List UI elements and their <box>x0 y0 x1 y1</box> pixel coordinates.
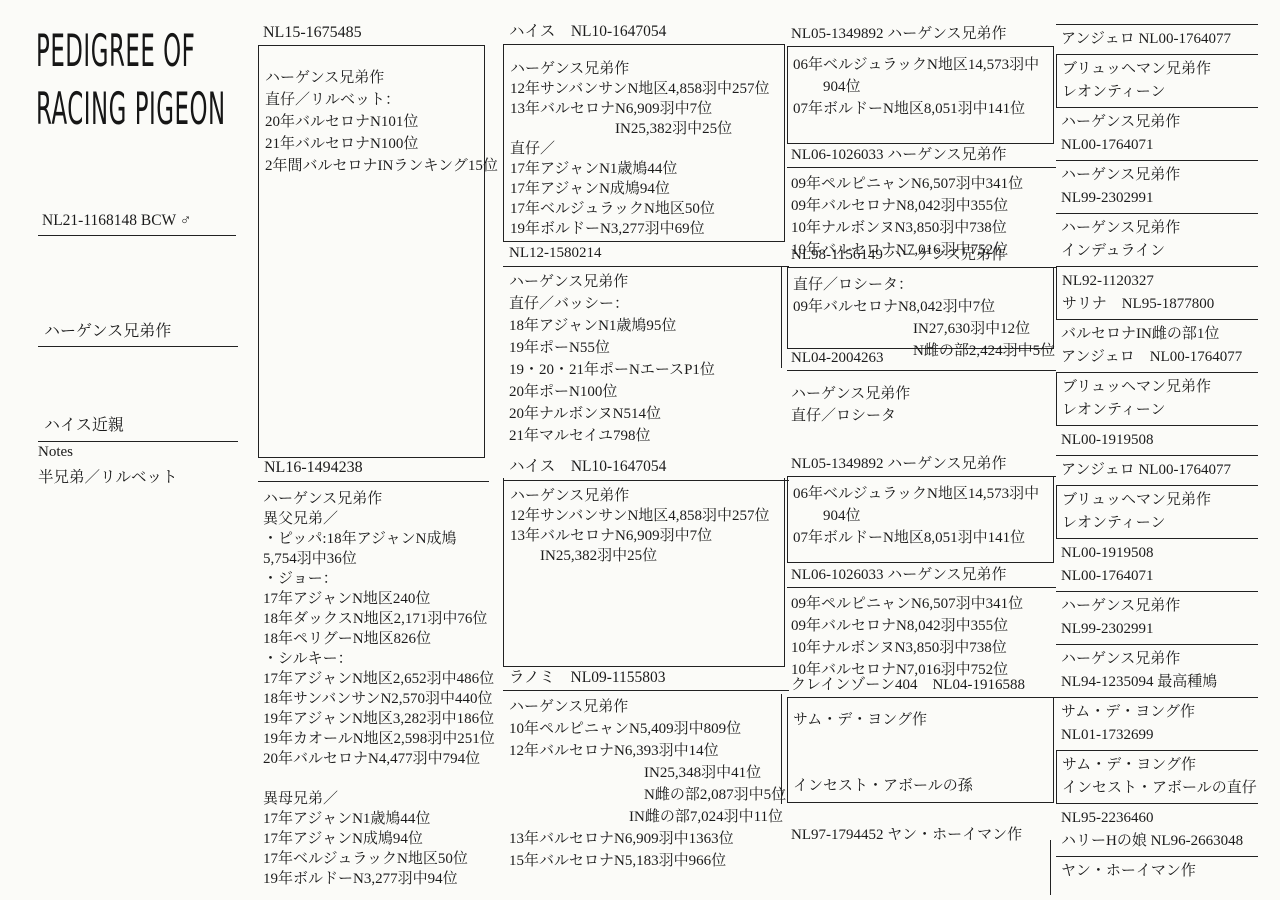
dam-details: ハーゲンス兄弟作 異父兄弟／ ・ピッパ:18年アジャンN成鳩 5,754羽中36… <box>263 489 495 889</box>
gggp-cell: アンジェロ NL00-1764077 <box>1056 456 1258 486</box>
ggp4-details: ハーゲンス兄弟作 直仔／ロシータ <box>791 383 910 427</box>
gggp-cell: ブリュッヘマン兄弟作 レオンティーン <box>1056 373 1258 426</box>
grandsire1-details: ハーゲンス兄弟作 12年サンバンサンN地区4,858羽中257位 13年バルセロ… <box>504 45 784 239</box>
ggp7-box: サム・デ・ヨング作 インセスト・アボールの孫 <box>787 697 1054 803</box>
ggp6-ring: NL06-1026033 ハーゲンス兄弟作 <box>787 566 1056 588</box>
ggp1-details: 06年ベルジュラックN地区14,573羽中 904位 07年ボルドーN地区8,0… <box>788 47 1053 120</box>
ggp7-details: サム・デ・ヨング作 インセスト・アボールの孫 <box>788 697 1053 797</box>
gggp-cell: ハーゲンス兄弟作 NL99-2302991 <box>1056 592 1258 645</box>
subject-breeder: ハーゲンス兄弟作 <box>38 318 238 347</box>
ggp8-ring: NL97-1794452 ヤン・ホーイマン作 <box>791 826 1022 845</box>
gggp-cell: ハーゲンス兄弟作 NL99-2302991 <box>1056 161 1258 214</box>
ggp5-ring: NL05-1349892 ハーゲンス兄弟作 <box>787 455 1056 477</box>
ggp4-ring: NL04-2004263 <box>787 349 1056 371</box>
notes-label: Notes <box>38 444 73 461</box>
ggp1-box: 06年ベルジュラックN地区14,573羽中 904位 07年ボルドーN地区8,0… <box>787 46 1054 144</box>
gggp-cell: バルセロナIN雌の部1位 アンジェロ NL00-1764077 <box>1056 320 1258 373</box>
granddam1-details: ハーゲンス兄弟作 直仔／バッシー： 18年アジャンN1歳鳩95位 19年ポーN5… <box>509 271 715 447</box>
ggp3-box: 直仔／ロシータ： 09年バルセロナN8,042羽中7位 IN27,630羽中12… <box>787 268 1054 349</box>
gggp-column: アンジェロ NL00-1764077 ブリュッヘマン兄弟作 レオンティーン ハー… <box>1056 24 1258 886</box>
ggp2-ring: NL06-1026033 ハーゲンス兄弟作 <box>787 146 1056 168</box>
grandsire1-ring: ハイス NL10-1647054 <box>509 22 666 41</box>
gggp-cell: アンジェロ NL00-1764077 <box>1056 24 1258 55</box>
grandsire2-box: ハーゲンス兄弟作 12年サンバンサンN地区4,858羽中257位 13年バルセロ… <box>503 478 785 667</box>
ggp5-box: 06年ベルジュラックN地区14,573羽中 904位 07年ボルドーN地区8,0… <box>787 477 1054 563</box>
grandsire1-box: ハーゲンス兄弟作 12年サンバンサンN地区4,858羽中257位 13年バルセロ… <box>503 44 785 242</box>
gggp-cell: ハーゲンス兄弟作 NL00-1764071 <box>1056 108 1258 161</box>
gggp-cell: NL92-1120327 サリナ NL95-1877800 <box>1056 267 1258 320</box>
gggp-cell: ハーゲンス兄弟作 インデュライン <box>1056 214 1258 267</box>
ggp5-details: 06年ベルジュラックN地区14,573羽中 904位 07年ボルドーN地区8,0… <box>788 477 1053 549</box>
ggp6-details: 09年ペルピニャンN6,507羽中341位 09年バルセロナN8,042羽中35… <box>791 593 1023 681</box>
gggp-cell: NL95-2236460 ハリーHの娘 NL96-2663048 <box>1056 804 1258 857</box>
notes-text: 半兄弟／リルベット <box>38 465 178 487</box>
gggp-cell: NL00-1919508 NL00-1764071 <box>1056 539 1258 592</box>
granddam2-details: ハーゲンス兄弟作 10年ペルピニャンN5,409羽中809位 12年バルセロナN… <box>509 696 786 872</box>
gggp-cell: NL00-1919508 <box>1056 426 1258 456</box>
sire-box: ハーゲンス兄弟作 直仔／リルベット： 20年バルセロナN101位 21年バルセロ… <box>258 45 485 458</box>
sire-ring: NL15-1675485 <box>263 23 362 42</box>
ggp7-ring: クレインゾーン404 NL04-1916588 <box>787 676 1056 698</box>
granddam2-ring: ラノミ NL09-1155803 <box>503 668 789 691</box>
gggp-cell: ヤン・ホーイマン作 <box>1056 857 1258 886</box>
sire-details: ハーゲンス兄弟作 直仔／リルベット： 20年バルセロナN101位 21年バルセロ… <box>259 46 484 177</box>
gggp-cell: サム・デ・ヨング作 NL01-1732699 <box>1056 698 1258 751</box>
ggp1-ring: NL05-1349892 ハーゲンス兄弟作 <box>791 25 1007 44</box>
gggp-cell: ブリュッヘマン兄弟作 レオンティーン <box>1056 486 1258 539</box>
connector-line <box>1050 840 1051 895</box>
dam-ring: NL16-1494238 <box>258 458 489 482</box>
subject-ring: NL21-1168148 BCW ♂ <box>38 212 236 236</box>
gggp-cell: ハーゲンス兄弟作 NL94-1235094 最高種鳩 <box>1056 645 1258 698</box>
ggp3-ring: NL98-1156149 ハーゲンス兄弟作 <box>787 246 1056 268</box>
granddam1-ring: NL12-1580214 <box>503 244 789 267</box>
grandsire2-details: ハーゲンス兄弟作 12年サンバンサンN地区4,858羽中257位 13年バルセロ… <box>504 478 784 566</box>
ggp3-details: 直仔／ロシータ： 09年バルセロナN8,042羽中7位 IN27,630羽中12… <box>788 268 1053 362</box>
gggp-cell: ブリュッヘマン兄弟作 レオンティーン <box>1056 55 1258 108</box>
pedigree-title: PEDIGREE OF RACING PIGEON <box>36 22 226 138</box>
gggp-cell: サム・デ・ヨング作 インセスト・アボールの直仔 <box>1056 751 1258 804</box>
connector-line <box>781 694 782 804</box>
connector-line <box>781 266 782 368</box>
subject-strain: ハイス近親 <box>38 412 238 442</box>
